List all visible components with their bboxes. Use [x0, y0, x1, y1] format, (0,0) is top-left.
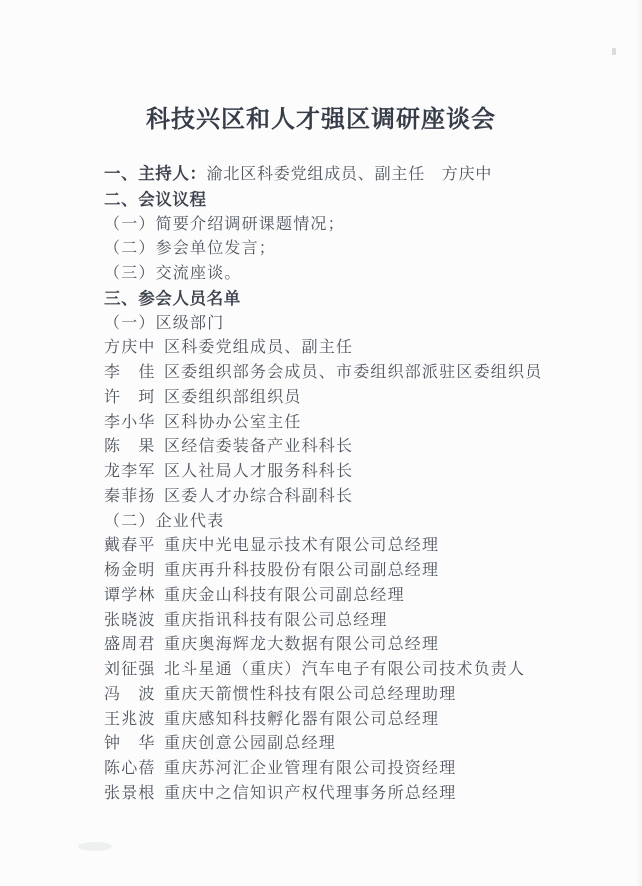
- attendee-name: 张晓波: [104, 609, 156, 634]
- attendee-row: 秦菲扬区委人才办综合科副科长: [104, 485, 612, 510]
- attendee-name: 王兆波: [104, 708, 156, 733]
- host-value: 渝北区科委党组成员、副主任 方庆中: [207, 166, 493, 183]
- attendee-title: 区科委党组成员、副主任: [164, 339, 353, 356]
- attendee-name: 戴春平: [104, 534, 156, 559]
- attendee-title: 重庆苏河汇企业管理有限公司投资经理: [164, 760, 456, 777]
- attendee-row: 张景根重庆中之信知识产权代理事务所总经理: [104, 782, 612, 807]
- attendee-name: 陈 果: [104, 435, 156, 460]
- attendee-row: 李 佳区委组织部务会成员、市委组织部派驻区委组织员: [104, 361, 612, 386]
- agenda-item: （三）交流座谈。: [104, 262, 612, 287]
- document-title: 科技兴区和人才强区调研座谈会: [0, 99, 642, 134]
- attendee-row: 钟 华重庆创意公园副总经理: [104, 732, 612, 757]
- attendee-name: 许 珂: [104, 386, 156, 411]
- attendee-title: 重庆金山科技有限公司副总经理: [164, 587, 405, 604]
- document-body: 一、主持人：渝北区科委党组成员、副主任 方庆中 二、会议议程 （一）简要介绍调研…: [104, 162, 612, 807]
- agenda-item: （一）简要介绍调研课题情况；: [104, 213, 612, 238]
- attendee-row: 张晓波重庆指讯科技有限公司总经理: [104, 609, 612, 634]
- attendee-row: 冯 波重庆天箭惯性科技有限公司总经理助理: [104, 683, 612, 708]
- attendee-row: 方庆中区科委党组成员、副主任: [104, 336, 612, 361]
- attendee-name: 秦菲扬: [104, 485, 156, 510]
- attendee-title: 区委组织部务会成员、市委组织部派驻区委组织员: [164, 364, 542, 381]
- attendee-title: 北斗星通（重庆）汽车电子有限公司技术负责人: [164, 661, 525, 678]
- scanned-document-page: 科技兴区和人才强区调研座谈会 一、主持人：渝北区科委党组成员、副主任 方庆中 二…: [0, 0, 642, 886]
- attendee-name: 龙李军: [104, 460, 156, 485]
- attendee-title: 重庆中光电显示技术有限公司总经理: [164, 537, 439, 554]
- attendee-title: 区委组织部组织员: [164, 389, 302, 406]
- attendee-title: 区经信委装备产业科科长: [164, 438, 353, 455]
- scan-artifact-speck: [612, 48, 616, 55]
- roster-group1-label: （一）区级部门: [104, 312, 612, 337]
- attendee-name: 李小华: [104, 411, 156, 436]
- host-heading: 一、主持人：: [104, 165, 207, 183]
- host-line: 一、主持人：渝北区科委党组成员、副主任 方庆中: [104, 162, 612, 188]
- attendee-row: 陈心蓓重庆苏河汇企业管理有限公司投资经理: [104, 757, 612, 782]
- attendee-name: 李 佳: [104, 361, 156, 386]
- attendee-name: 杨金明: [104, 559, 156, 584]
- attendee-title: 重庆感知科技孵化器有限公司总经理: [164, 711, 439, 728]
- attendee-name: 刘征强: [104, 658, 156, 683]
- attendee-title: 重庆指讯科技有限公司总经理: [164, 612, 388, 629]
- attendee-title: 区科协办公室主任: [164, 414, 302, 431]
- attendee-name: 方庆中: [104, 336, 156, 361]
- attendee-name: 盛周君: [104, 633, 156, 658]
- agenda-heading: 二、会议议程: [104, 188, 612, 213]
- attendee-row: 谭学林重庆金山科技有限公司副总经理: [104, 584, 612, 609]
- attendee-title: 重庆天箭惯性科技有限公司总经理助理: [164, 686, 456, 703]
- attendee-title: 区委人才办综合科副科长: [164, 488, 353, 505]
- attendee-row: 盛周君重庆奥海辉龙大数据有限公司总经理: [104, 633, 612, 658]
- attendee-name: 谭学林: [104, 584, 156, 609]
- agenda-item: （二）参会单位发言；: [104, 237, 612, 262]
- roster-heading: 三、参会人员名单: [104, 287, 612, 312]
- attendee-name: 钟 华: [104, 732, 156, 757]
- attendee-row: 陈 果区经信委装备产业科科长: [104, 435, 612, 460]
- attendee-name: 张景根: [104, 782, 156, 807]
- attendee-row: 刘征强北斗星通（重庆）汽车电子有限公司技术负责人: [104, 658, 612, 683]
- attendee-title: 重庆再升科技股份有限公司副总经理: [164, 562, 439, 579]
- scan-artifact-smudge: [78, 842, 112, 851]
- attendee-row: 许 珂区委组织部组织员: [104, 386, 612, 411]
- attendee-name: 陈心蓓: [104, 757, 156, 782]
- attendee-row: 龙李军区人社局人才服务科科长: [104, 460, 612, 485]
- attendee-title: 区人社局人才服务科科长: [164, 463, 353, 480]
- attendee-row: 戴春平重庆中光电显示技术有限公司总经理: [104, 534, 612, 559]
- attendee-row: 杨金明重庆再升科技股份有限公司副总经理: [104, 559, 612, 584]
- attendee-name: 冯 波: [104, 683, 156, 708]
- roster-group2-label: （二）企业代表: [104, 510, 612, 535]
- attendee-title: 重庆奥海辉龙大数据有限公司总经理: [164, 636, 439, 653]
- attendee-row: 李小华区科协办公室主任: [104, 411, 612, 436]
- attendee-title: 重庆创意公园副总经理: [164, 735, 336, 752]
- attendee-row: 王兆波重庆感知科技孵化器有限公司总经理: [104, 708, 612, 733]
- attendee-title: 重庆中之信知识产权代理事务所总经理: [164, 785, 456, 802]
